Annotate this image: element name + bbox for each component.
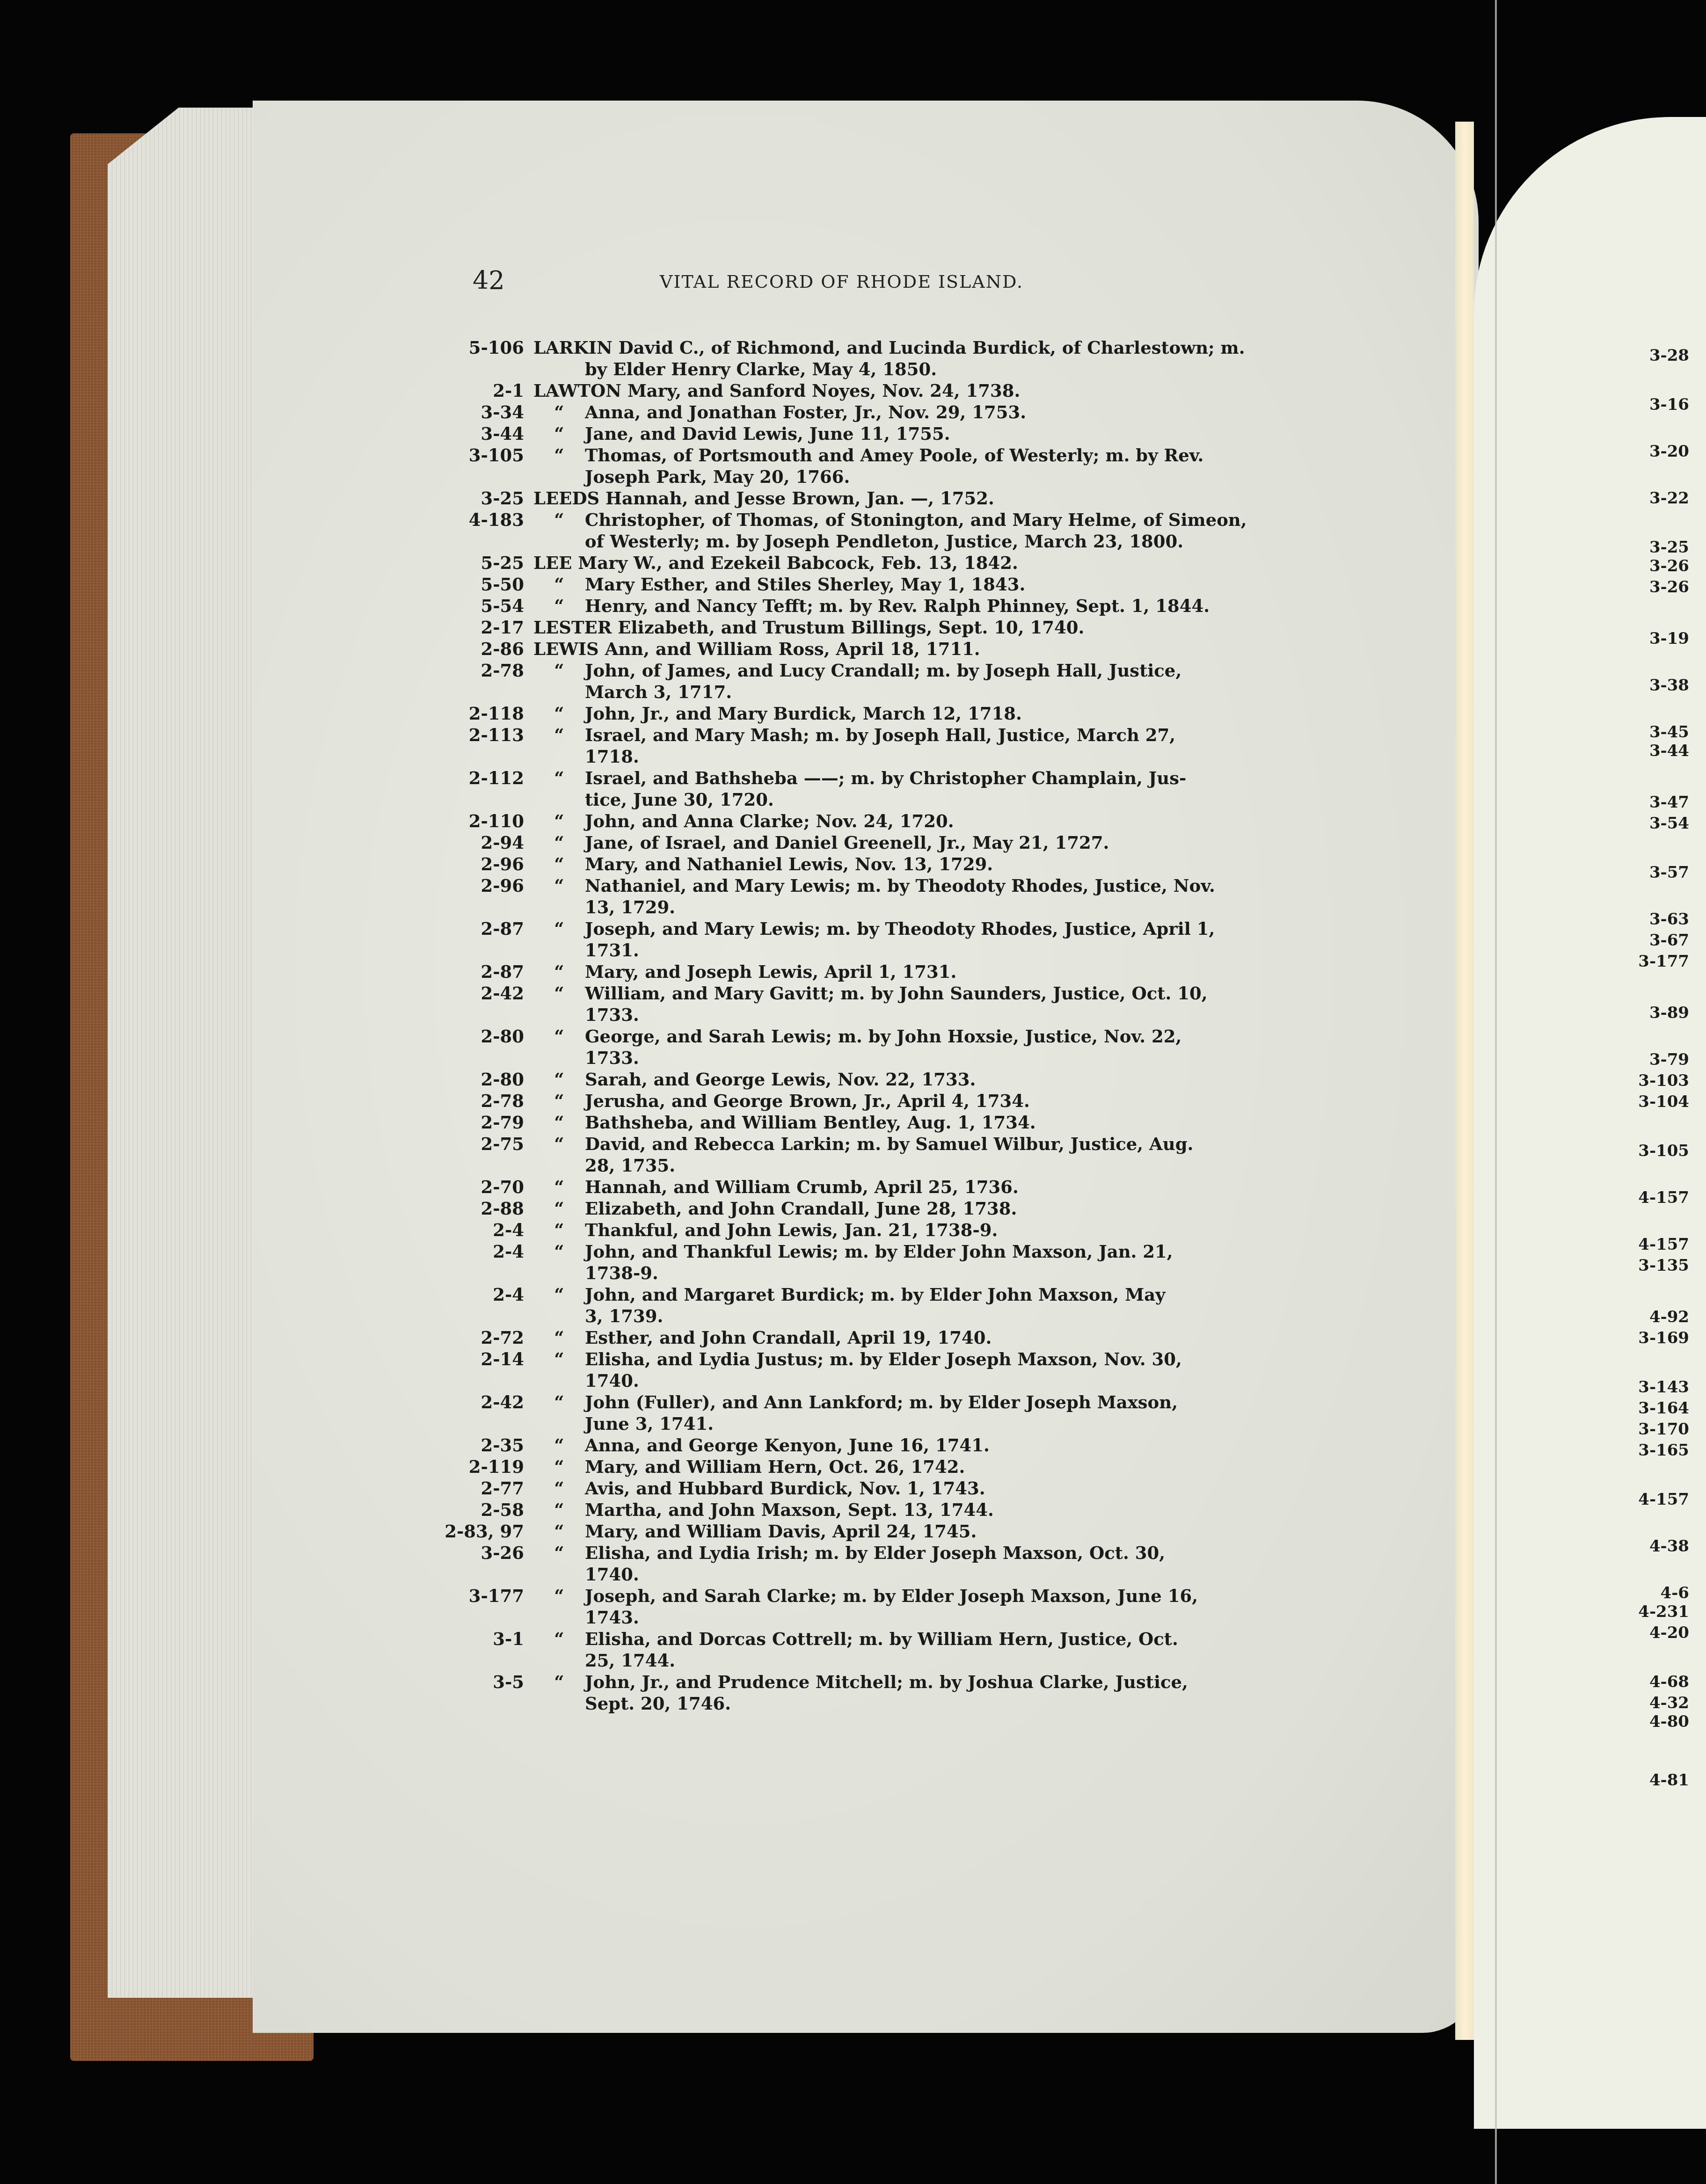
list-item: 4-183“Christopher, of Thomas, of Stoning… [412, 509, 1301, 552]
surname: LEWIS [533, 639, 605, 659]
record-text: “Thomas, of Portsmouth and Amey Poole, o… [533, 444, 1301, 488]
surname: LEEDS [533, 488, 605, 509]
margin-reference: 4-81 [1649, 1771, 1689, 1790]
margin-reference: 3-38 [1649, 676, 1689, 695]
record-line: Martha, and John Maxson, Sept. 13, 1744. [585, 1500, 994, 1520]
record-text: “Henry, and Nancy Tefft; m. by Rev. Ralp… [533, 595, 1301, 617]
record-reference: 2-80 [412, 1069, 524, 1090]
record-reference: 2-87 [412, 918, 524, 961]
page-number: 42 [473, 266, 505, 295]
record-continuation-line: 1738-9. [533, 1262, 1301, 1284]
list-item: 2-110“John, and Anna Clarke; Nov. 24, 17… [412, 810, 1301, 832]
margin-reference: 3-143 [1638, 1378, 1689, 1397]
record-text: LESTER Elizabeth, and Trustum Billings, … [533, 617, 1301, 638]
margin-reference: 3-165 [1638, 1441, 1689, 1460]
margin-reference: 4-20 [1649, 1623, 1689, 1642]
ditto-mark: “ [533, 1521, 585, 1542]
margin-reference: 3-63 [1649, 910, 1689, 929]
record-line: Jane, of Israel, and Daniel Greenell, Jr… [585, 832, 1109, 853]
list-item: 2-86LEWIS Ann, and William Ross, April 1… [412, 638, 1301, 660]
record-reference: 2-79 [412, 1112, 524, 1133]
list-item: 3-25LEEDS Hannah, and Jesse Brown, Jan. … [412, 488, 1301, 509]
record-line: John (Fuller), and Ann Lankford; m. by E… [585, 1392, 1178, 1412]
list-item: 2-83, 97“Mary, and William Davis, April … [412, 1521, 1301, 1542]
record-continuation-line: tice, June 30, 1720. [533, 789, 1301, 810]
ditto-mark: “ [533, 401, 585, 423]
list-item: 2-14“Elisha, and Lydia Justus; m. by Eld… [412, 1348, 1301, 1391]
record-continuation-line: June 3, 1741. [533, 1413, 1301, 1434]
record-text: “Bathsheba, and William Bentley, Aug. 1,… [533, 1112, 1301, 1133]
record-text: “Jane, and David Lewis, June 11, 1755. [533, 423, 1301, 444]
list-item: 2-113“Israel, and Mary Mash; m. by Josep… [412, 724, 1301, 767]
margin-reference: 3-104 [1638, 1092, 1689, 1111]
record-line: Bathsheba, and William Bentley, Aug. 1, … [585, 1112, 1036, 1133]
margin-reference: 4-38 [1649, 1537, 1689, 1556]
surname: LAWTON [533, 380, 627, 401]
margin-reference: 3-20 [1649, 442, 1689, 461]
record-text: “Mary, and Joseph Lewis, April 1, 1731. [533, 961, 1301, 983]
ditto-mark: “ [533, 1069, 585, 1090]
record-reference: 2-4 [412, 1241, 524, 1284]
record-text: “Avis, and Hubbard Burdick, Nov. 1, 1743… [533, 1478, 1301, 1499]
record-text: “Joseph, and Mary Lewis; m. by Theodoty … [533, 918, 1301, 961]
record-reference: 2-119 [412, 1456, 524, 1478]
record-text: “Elisha, and Lydia Justus; m. by Elder J… [533, 1348, 1301, 1391]
record-text: “Thankful, and John Lewis, Jan. 21, 1738… [533, 1219, 1301, 1241]
record-text: “John, and Anna Clarke; Nov. 24, 1720. [533, 810, 1301, 832]
record-continuation-line: 1733. [533, 1047, 1301, 1069]
running-head: 42 VITAL RECORD OF RHODE ISLAND. [459, 262, 1291, 295]
record-continuation-line: 1718. [533, 746, 1301, 767]
list-item: 2-88“Elizabeth, and John Crandall, June … [412, 1198, 1301, 1219]
margin-reference: 4-157 [1638, 1188, 1689, 1207]
list-item: 2-96“Mary, and Nathaniel Lewis, Nov. 13,… [412, 853, 1301, 875]
record-reference: 2-35 [412, 1434, 524, 1456]
list-item: 3-105“Thomas, of Portsmouth and Amey Poo… [412, 444, 1301, 488]
record-line: Joseph, and Mary Lewis; m. by Theodoty R… [585, 918, 1215, 939]
record-line: George, and Sarah Lewis; m. by John Hoxs… [585, 1026, 1181, 1047]
list-item: 2-4“John, and Thankful Lewis; m. by Elde… [412, 1241, 1301, 1284]
record-reference: 2-70 [412, 1176, 524, 1198]
ditto-mark: “ [533, 1456, 585, 1478]
margin-reference: 4-92 [1649, 1308, 1689, 1326]
record-text: “Elizabeth, and John Crandall, June 28, … [533, 1198, 1301, 1219]
margin-reference: 3-89 [1649, 1004, 1689, 1022]
margin-reference: 3-164 [1638, 1399, 1689, 1418]
margin-reference: 4-6 [1661, 1584, 1689, 1602]
record-reference: 5-106 [412, 337, 524, 380]
list-item: 2-78“John, of James, and Lucy Crandall; … [412, 660, 1301, 703]
record-reference: 2-14 [412, 1348, 524, 1391]
record-reference: 2-87 [412, 961, 524, 983]
record-continuation-line: Sept. 20, 1746. [533, 1693, 1301, 1714]
margin-reference: 3-25 [1649, 538, 1689, 557]
surname: LEE [533, 553, 578, 573]
margin-reference: 4-157 [1638, 1490, 1689, 1509]
margin-reference: 4-68 [1649, 1673, 1689, 1691]
record-reference: 5-25 [412, 552, 524, 574]
record-text: “Martha, and John Maxson, Sept. 13, 1744… [533, 1499, 1301, 1521]
marriage-entries-list: 5-106LARKIN David C., of Richmond, and L… [412, 337, 1301, 1714]
record-reference: 2-118 [412, 703, 524, 724]
record-line: Elisha, and Lydia Justus; m. by Elder Jo… [585, 1349, 1182, 1369]
record-line: John, Jr., and Prudence Mitchell; m. by … [585, 1672, 1188, 1692]
list-item: 2-80“George, and Sarah Lewis; m. by John… [412, 1026, 1301, 1069]
record-reference: 3-25 [412, 488, 524, 509]
margin-reference: 3-54 [1649, 814, 1689, 833]
record-reference: 2-94 [412, 832, 524, 853]
list-item: 3-1“Elisha, and Dorcas Cottrell; m. by W… [412, 1628, 1301, 1671]
record-reference: 2-4 [412, 1219, 524, 1241]
record-text: “William, and Mary Gavitt; m. by John Sa… [533, 983, 1301, 1026]
record-continuation-line: 1731. [533, 939, 1301, 961]
record-line: Mary, and William Hern, Oct. 26, 1742. [585, 1456, 965, 1477]
ditto-mark: “ [533, 767, 585, 789]
record-reference: 4-183 [412, 509, 524, 552]
record-reference: 2-4 [412, 1284, 524, 1327]
record-line: John, and Thankful Lewis; m. by Elder Jo… [585, 1241, 1173, 1262]
surname: LARKIN [533, 337, 619, 358]
record-line: Thomas, of Portsmouth and Amey Poole, of… [585, 445, 1204, 466]
record-reference: 2-80 [412, 1026, 524, 1069]
ditto-mark: “ [533, 1628, 585, 1650]
record-text: “Nathaniel, and Mary Lewis; m. by Theodo… [533, 875, 1301, 918]
record-reference: 2-96 [412, 875, 524, 918]
ditto-mark: “ [533, 595, 585, 617]
record-reference: 2-77 [412, 1478, 524, 1499]
record-line: Mary, and William Davis, April 24, 1745. [585, 1521, 977, 1542]
record-reference: 3-177 [412, 1585, 524, 1628]
record-line: Nathaniel, and Mary Lewis; m. by Theodot… [585, 875, 1215, 896]
record-text: “David, and Rebecca Larkin; m. by Samuel… [533, 1133, 1301, 1176]
record-reference: 3-1 [412, 1628, 524, 1671]
margin-reference: 3-103 [1638, 1071, 1689, 1090]
record-reference: 2-113 [412, 724, 524, 767]
margin-reference: 3-170 [1638, 1420, 1689, 1439]
list-item: 2-4“Thankful, and John Lewis, Jan. 21, 1… [412, 1219, 1301, 1241]
record-line: Esther, and John Crandall, April 19, 174… [585, 1327, 992, 1348]
record-line: Avis, and Hubbard Burdick, Nov. 1, 1743. [585, 1478, 985, 1499]
record-line: Mary W., and Ezekeil Babcock, Feb. 13, 1… [578, 553, 1018, 573]
record-continuation-line: 13, 1729. [533, 896, 1301, 918]
list-item: 2-42“William, and Mary Gavitt; m. by Joh… [412, 983, 1301, 1026]
record-line: Hannah, and William Crumb, April 25, 173… [585, 1177, 1019, 1197]
list-item: 2-118“John, Jr., and Mary Burdick, March… [412, 703, 1301, 724]
record-line: Joseph, and Sarah Clarke; m. by Elder Jo… [585, 1586, 1198, 1606]
list-item: 2-42“John (Fuller), and Ann Lankford; m.… [412, 1391, 1301, 1434]
record-text: LEE Mary W., and Ezekeil Babcock, Feb. 1… [533, 552, 1301, 574]
record-reference: 2-96 [412, 853, 524, 875]
list-item: 2-72“Esther, and John Crandall, April 19… [412, 1327, 1301, 1348]
margin-reference: 3-67 [1649, 931, 1689, 950]
list-item: 2-35“Anna, and George Kenyon, June 16, 1… [412, 1434, 1301, 1456]
ditto-mark: “ [533, 1219, 585, 1241]
record-line: Jerusha, and George Brown, Jr., April 4,… [585, 1091, 1030, 1111]
page-title: VITAL RECORD OF RHODE ISLAND. [660, 271, 1023, 292]
record-reference: 2-17 [412, 617, 524, 638]
record-text: “John (Fuller), and Ann Lankford; m. by … [533, 1391, 1301, 1434]
record-reference: 3-5 [412, 1671, 524, 1714]
record-reference: 2-110 [412, 810, 524, 832]
list-item: 2-94“Jane, of Israel, and Daniel Greenel… [412, 832, 1301, 853]
ditto-mark: “ [533, 875, 585, 896]
margin-reference: 4-80 [1649, 1712, 1689, 1731]
record-reference: 2-86 [412, 638, 524, 660]
ditto-mark: “ [533, 1133, 585, 1155]
record-text: “Elisha, and Lydia Irish; m. by Elder Jo… [533, 1542, 1301, 1585]
record-line: David C., of Richmond, and Lucinda Burdi… [619, 337, 1245, 358]
record-text: LEEDS Hannah, and Jesse Brown, Jan. —, 1… [533, 488, 1301, 509]
record-continuation-line: 28, 1735. [533, 1155, 1301, 1176]
record-continuation-line: 25, 1744. [533, 1650, 1301, 1671]
record-text: “Hannah, and William Crumb, April 25, 17… [533, 1176, 1301, 1198]
record-text: “Anna, and George Kenyon, June 16, 1741. [533, 1434, 1301, 1456]
record-line: Mary, and Joseph Lewis, April 1, 1731. [585, 961, 956, 982]
list-item: 2-4“John, and Margaret Burdick; m. by El… [412, 1284, 1301, 1327]
record-line: Christopher, of Thomas, of Stonington, a… [585, 510, 1247, 530]
record-text: “Mary, and William Hern, Oct. 26, 1742. [533, 1456, 1301, 1478]
list-item: 2-58“Martha, and John Maxson, Sept. 13, … [412, 1499, 1301, 1521]
ditto-mark: “ [533, 1198, 585, 1219]
record-line: Hannah, and Jesse Brown, Jan. —, 1752. [605, 488, 994, 509]
margin-reference: 3-28 [1649, 346, 1689, 365]
ditto-mark: “ [533, 1391, 585, 1413]
margin-reference: 3-22 [1649, 489, 1689, 508]
record-continuation-line: 1733. [533, 1004, 1301, 1026]
ditto-mark: “ [533, 724, 585, 746]
ditto-mark: “ [533, 810, 585, 832]
ditto-mark: “ [533, 1112, 585, 1133]
record-text: “Anna, and Jonathan Foster, Jr., Nov. 29… [533, 401, 1301, 423]
record-continuation-line: of Westerly; m. by Joseph Pendleton, Jus… [533, 531, 1301, 552]
record-text: “Esther, and John Crandall, April 19, 17… [533, 1327, 1301, 1348]
record-line: Israel, and Bathsheba ——; m. by Christop… [585, 768, 1186, 788]
list-item: 2-87“Mary, and Joseph Lewis, April 1, 17… [412, 961, 1301, 983]
ditto-mark: “ [533, 983, 585, 1004]
ditto-mark: “ [533, 1241, 585, 1262]
record-line: David, and Rebecca Larkin; m. by Samuel … [585, 1134, 1193, 1154]
list-item: 3-44“Jane, and David Lewis, June 11, 175… [412, 423, 1301, 444]
margin-reference: 3-45 [1649, 723, 1689, 742]
record-line: Elizabeth, and Trustum Billings, Sept. 1… [618, 617, 1084, 638]
record-text: LAWTON Mary, and Sanford Noyes, Nov. 24,… [533, 380, 1301, 401]
record-text: “Mary, and Nathaniel Lewis, Nov. 13, 172… [533, 853, 1301, 875]
ditto-mark: “ [533, 1542, 585, 1564]
list-item: 3-26“Elisha, and Lydia Irish; m. by Elde… [412, 1542, 1301, 1585]
margin-reference: 3-26 [1649, 557, 1689, 575]
ditto-mark: “ [533, 832, 585, 853]
ditto-mark: “ [533, 961, 585, 983]
list-item: 5-106LARKIN David C., of Richmond, and L… [412, 337, 1301, 380]
ditto-mark: “ [533, 1348, 585, 1370]
surname: LESTER [533, 617, 618, 638]
list-item: 2-119“Mary, and William Hern, Oct. 26, 1… [412, 1456, 1301, 1478]
record-reference: 2-78 [412, 660, 524, 703]
record-line: Thankful, and John Lewis, Jan. 21, 1738-… [585, 1220, 998, 1240]
list-item: 2-17LESTER Elizabeth, and Trustum Billin… [412, 617, 1301, 638]
record-line: William, and Mary Gavitt; m. by John Sau… [585, 983, 1208, 1004]
ditto-mark: “ [533, 509, 585, 531]
record-reference: 2-88 [412, 1198, 524, 1219]
list-item: 2-112“Israel, and Bathsheba ——; m. by Ch… [412, 767, 1301, 810]
record-text: “Sarah, and George Lewis, Nov. 22, 1733. [533, 1069, 1301, 1090]
record-text: LARKIN David C., of Richmond, and Lucind… [533, 337, 1301, 380]
list-item: 5-25LEE Mary W., and Ezekeil Babcock, Fe… [412, 552, 1301, 574]
list-item: 3-177“Joseph, and Sarah Clarke; m. by El… [412, 1585, 1301, 1628]
ditto-mark: “ [533, 1284, 585, 1305]
margin-reference: 3-26 [1649, 578, 1689, 597]
record-line: Anna, and Jonathan Foster, Jr., Nov. 29,… [585, 402, 1026, 422]
ditto-mark: “ [533, 1090, 585, 1112]
record-continuation-line: Joseph Park, May 20, 1766. [533, 466, 1301, 488]
ditto-mark: “ [533, 1176, 585, 1198]
record-reference: 2-83, 97 [412, 1521, 524, 1542]
record-reference: 5-54 [412, 595, 524, 617]
record-text: “John, Jr., and Mary Burdick, March 12, … [533, 703, 1301, 724]
record-line: John, and Anna Clarke; Nov. 24, 1720. [585, 811, 954, 831]
list-item: 3-34“Anna, and Jonathan Foster, Jr., Nov… [412, 401, 1301, 423]
ditto-mark: “ [533, 1434, 585, 1456]
record-continuation-line: March 3, 1717. [533, 681, 1301, 703]
record-text: “Jane, of Israel, and Daniel Greenell, J… [533, 832, 1301, 853]
margin-reference: 3-44 [1649, 742, 1689, 760]
record-text: “Christopher, of Thomas, of Stonington, … [533, 509, 1301, 552]
record-continuation-line: 1740. [533, 1370, 1301, 1391]
book-gutter [1455, 122, 1474, 2040]
record-text: “John, and Margaret Burdick; m. by Elder… [533, 1284, 1301, 1327]
record-line: Henry, and Nancy Tefft; m. by Rev. Ralph… [585, 596, 1210, 616]
ditto-mark: “ [533, 423, 585, 444]
record-line: Elizabeth, and John Crandall, June 28, 1… [585, 1198, 1017, 1219]
record-reference: 2-1 [412, 380, 524, 401]
margin-reference: 4-231 [1638, 1602, 1689, 1621]
record-text: “Mary Esther, and Stiles Sherley, May 1,… [533, 574, 1301, 595]
record-reference: 2-42 [412, 983, 524, 1026]
record-line: Mary, and Nathaniel Lewis, Nov. 13, 1729… [585, 854, 993, 874]
record-text: “Mary, and William Davis, April 24, 1745… [533, 1521, 1301, 1542]
list-item: 2-1LAWTON Mary, and Sanford Noyes, Nov. … [412, 380, 1301, 401]
ditto-mark: “ [533, 574, 585, 595]
record-line: John, of James, and Lucy Crandall; m. by… [585, 660, 1181, 681]
margin-reference: 3-135 [1638, 1256, 1689, 1275]
list-item: 3-5“John, Jr., and Prudence Mitchell; m.… [412, 1671, 1301, 1714]
list-item: 5-50“Mary Esther, and Stiles Sherley, Ma… [412, 574, 1301, 595]
list-item: 2-87“Joseph, and Mary Lewis; m. by Theod… [412, 918, 1301, 961]
record-text: “George, and Sarah Lewis; m. by John Hox… [533, 1026, 1301, 1069]
record-line: Ann, and William Ross, April 18, 1711. [605, 639, 980, 659]
record-reference: 3-105 [412, 444, 524, 488]
ditto-mark: “ [533, 1327, 585, 1348]
right-page [1474, 117, 1706, 2129]
margin-reference: 3-169 [1638, 1329, 1689, 1347]
ditto-mark: “ [533, 1026, 585, 1047]
record-line: John, and Margaret Burdick; m. by Elder … [585, 1284, 1166, 1305]
record-continuation-line: 1740. [533, 1564, 1301, 1585]
list-item: 2-78“Jerusha, and George Brown, Jr., Apr… [412, 1090, 1301, 1112]
scan-divider-line [1495, 0, 1497, 2184]
record-continuation-line: 1743. [533, 1607, 1301, 1628]
record-reference: 3-26 [412, 1542, 524, 1585]
record-reference: 2-42 [412, 1391, 524, 1434]
record-continuation-line: 3, 1739. [533, 1305, 1301, 1327]
record-text: “Israel, and Bathsheba ——; m. by Christo… [533, 767, 1301, 810]
record-text: “Jerusha, and George Brown, Jr., April 4… [533, 1090, 1301, 1112]
record-line: Anna, and George Kenyon, June 16, 1741. [585, 1435, 990, 1456]
record-reference: 2-75 [412, 1133, 524, 1176]
record-line: John, Jr., and Mary Burdick, March 12, 1… [585, 703, 1022, 724]
margin-reference: 3-57 [1649, 863, 1689, 882]
record-line: Jane, and David Lewis, June 11, 1755. [585, 423, 950, 444]
record-text: “Elisha, and Dorcas Cottrell; m. by Will… [533, 1628, 1301, 1671]
record-line: Israel, and Mary Mash; m. by Joseph Hall… [585, 725, 1175, 745]
record-reference: 2-58 [412, 1499, 524, 1521]
record-reference: 5-50 [412, 574, 524, 595]
record-reference: 3-44 [412, 423, 524, 444]
record-reference: 2-78 [412, 1090, 524, 1112]
record-line: Elisha, and Lydia Irish; m. by Elder Jos… [585, 1543, 1165, 1563]
record-text: “Israel, and Mary Mash; m. by Joseph Hal… [533, 724, 1301, 767]
record-reference: 3-34 [412, 401, 524, 423]
record-line: Mary Esther, and Stiles Sherley, May 1, … [585, 574, 1025, 595]
record-line: Sarah, and George Lewis, Nov. 22, 1733. [585, 1069, 976, 1090]
ditto-mark: “ [533, 1478, 585, 1499]
margin-reference: 3-105 [1638, 1142, 1689, 1160]
record-line: Mary, and Sanford Noyes, Nov. 24, 1738. [627, 380, 1021, 401]
list-item: 5-54“Henry, and Nancy Tefft; m. by Rev. … [412, 595, 1301, 617]
record-reference: 2-72 [412, 1327, 524, 1348]
margin-reference: 3-177 [1638, 952, 1689, 971]
margin-reference: 3-47 [1649, 793, 1689, 812]
list-item: 2-96“Nathaniel, and Mary Lewis; m. by Th… [412, 875, 1301, 918]
list-item: 2-75“David, and Rebecca Larkin; m. by Sa… [412, 1133, 1301, 1176]
record-reference: 2-112 [412, 767, 524, 810]
list-item: 2-70“Hannah, and William Crumb, April 25… [412, 1176, 1301, 1198]
ditto-mark: “ [533, 660, 585, 681]
record-continuation-line: by Elder Henry Clarke, May 4, 1850. [533, 358, 1301, 380]
ditto-mark: “ [533, 1499, 585, 1521]
ditto-mark: “ [533, 918, 585, 939]
list-item: 2-77“Avis, and Hubbard Burdick, Nov. 1, … [412, 1478, 1301, 1499]
ditto-mark: “ [533, 703, 585, 724]
record-line: Elisha, and Dorcas Cottrell; m. by Willi… [585, 1629, 1178, 1649]
ditto-mark: “ [533, 853, 585, 875]
margin-reference: 4-32 [1649, 1694, 1689, 1712]
ditto-mark: “ [533, 1585, 585, 1607]
margin-reference: 3-79 [1649, 1050, 1689, 1069]
margin-reference: 3-16 [1649, 395, 1689, 414]
list-item: 2-80“Sarah, and George Lewis, Nov. 22, 1… [412, 1069, 1301, 1090]
ditto-mark: “ [533, 444, 585, 466]
record-text: “Joseph, and Sarah Clarke; m. by Elder J… [533, 1585, 1301, 1628]
list-item: 2-79“Bathsheba, and William Bentley, Aug… [412, 1112, 1301, 1133]
record-text: “John, Jr., and Prudence Mitchell; m. by… [533, 1671, 1301, 1714]
ditto-mark: “ [533, 1671, 585, 1693]
record-text: “John, of James, and Lucy Crandall; m. b… [533, 660, 1301, 703]
margin-reference: 3-19 [1649, 629, 1689, 648]
margin-reference: 4-157 [1638, 1235, 1689, 1254]
record-text: LEWIS Ann, and William Ross, April 18, 1… [533, 638, 1301, 660]
record-text: “John, and Thankful Lewis; m. by Elder J… [533, 1241, 1301, 1284]
